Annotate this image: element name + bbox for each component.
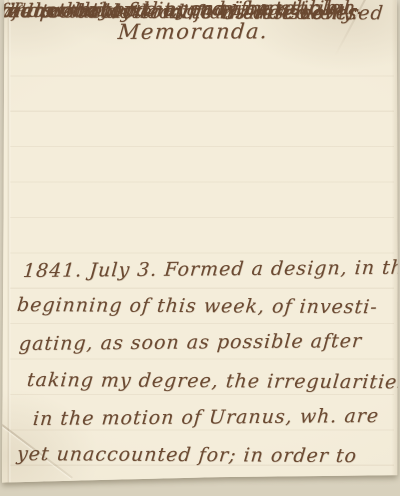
manuscript-line: gating, as soon as possible after (18, 330, 363, 355)
paper-shadow: Memoranda. 1841. July 3. Formed a design… (0, 0, 400, 496)
left-fold-crease (7, 0, 11, 496)
manuscript-line: yet unaccounted for; in order to (16, 443, 358, 467)
manuscript-photo: Memoranda. 1841. July 3. Formed a design… (0, 0, 400, 496)
manuscript-line: 1841. July 3. Formed a design, in the (22, 257, 400, 282)
manuscript-line: wᵈ. probably lead to its discovery. (0, 0, 360, 24)
right-edge-shading (390, 0, 400, 496)
manuscript-line: in the motion of Uranus, wh. are (32, 405, 380, 430)
manuscript-line: taking my degree, the irregularities (26, 369, 400, 393)
manuscript-line: beginning of this week, of investi- (16, 294, 379, 318)
manuscript-page: Memoranda. 1841. July 3. Formed a design… (0, 0, 400, 496)
